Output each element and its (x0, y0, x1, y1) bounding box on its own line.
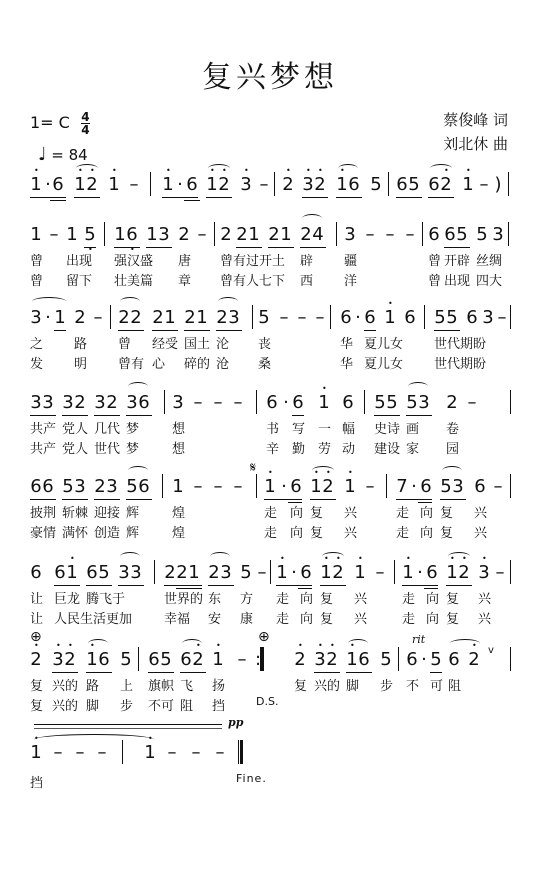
lyrics-verse-1: 曾 出现 强汉盛 唐 曾有过开土 辟 疆 曾 开辟 丝绸 (30, 250, 510, 270)
lyricist: 蔡俊峰 词 (443, 108, 508, 132)
lyrics-verse-2: 发 明 曾有 心 碎的 沧 桑 华 夏儿女 世代期盼 (30, 353, 510, 373)
lyrics-verse-1: 之 路 曾 经受 国土 沦 丧 华 夏儿女 世代期盼 (30, 333, 510, 353)
lyrics-verse-2: 复 兴的 脚 步 不可 阻 挡 D.S. (30, 695, 510, 715)
fine-marking: Fine. (236, 772, 267, 785)
notation-line: 1• ––– 1• ––– (30, 738, 510, 768)
tempo-marking: ♩ = 84 (38, 144, 88, 165)
dynamic-pp: pp (228, 716, 243, 729)
quarter-note-icon: ♩ (38, 144, 47, 165)
score-system-3: 3·1 2– 22 21 21 23 5––– 6·6 1• 6 55 63– … (30, 303, 510, 373)
score-system-5: 66 53 23 56 1––– 𝄋 1• ·6 1• 2• 1• – 7·6 … (30, 472, 510, 542)
time-signature: 4 4 (81, 112, 90, 135)
lyrics-verse-2: 让 人民生活更加 幸福 安 康 走 向 复 兴 走 向 复 兴 (30, 608, 510, 628)
credits: 蔡俊峰 词 刘北休 曲 (443, 108, 508, 156)
ds-marking: D.S. (256, 695, 278, 708)
breath-mark-icon: v (488, 645, 494, 656)
key-signature: 1= C 4 4 (30, 112, 90, 135)
tempo-value: = 84 (51, 146, 87, 164)
lyrics-verse-1: 共产 党人 几代 梦 想 书 写 一 幅 史诗 画 卷 (30, 418, 510, 438)
lyrics-verse-1: 复 兴的 路 上 旗帜 飞 扬 复 兴的 脚 步 不 可 阻 (30, 675, 510, 695)
composer: 刘北休 曲 (443, 132, 508, 156)
lyrics-verse-1: 披荆 斩棘 迎接 辉 煌 走 向 复 兴 走 向 复 兴 (30, 502, 510, 522)
score-system-8: pp 1• ––– 1• ––– 挡 Fine. (30, 738, 510, 792)
lyrics-verse-1: 挡 Fine. (30, 772, 510, 792)
coda-icon: ⊕ (258, 629, 270, 645)
notation-line: 1• ·6 1• 2• 1• – 1• ·6 1• 2• 3• – 2• 3• … (30, 170, 510, 200)
score-system-2: 1– 15• 16• 13 2– 2 21 21 24 3––– 6 65 53… (30, 220, 510, 290)
score-system-7: ⊕ 2• 3• 2• 1• 6 5 65 62• 1• – : ⊕ 2• 3• … (30, 645, 510, 715)
score-system-4: 33 32 32 36 3––– 6·6 1• 6 55 53 2– 共产 党人… (30, 388, 510, 458)
notation-line: 3·1 2– 22 21 21 23 5––– 6·6 1• 6 55 63– (30, 303, 510, 333)
notation-line: 33 32 32 36 3––– 6·6 1• 6 55 53 2– (30, 388, 510, 418)
rit-marking: rit (412, 633, 425, 646)
notation-line: ⊕ 2• 3• 2• 1• 6 5 65 62• 1• – : ⊕ 2• 3• … (30, 645, 510, 675)
key-label: 1= C (30, 113, 70, 132)
lyrics-verse-2: 曾 留下 壮美篇 章 曾有人七下 西 洋 曾 出现 四大 (30, 270, 510, 290)
lyrics-verse-1: 让 巨龙 腾飞于 世界的 东 方 走 向 复 兴 走 向 复 兴 (30, 588, 510, 608)
decrescendo-line (34, 724, 222, 729)
time-signature-top: 4 (81, 110, 89, 124)
notation-line: 1– 15• 16• 13 2– 2 21 21 24 3––– 6 65 53 (30, 220, 510, 250)
notation-line: 66 53 23 56 1––– 𝄋 1• ·6 1• 2• 1• – 7·6 … (30, 472, 510, 502)
score-system-6: 6 61• 65 33 221 23 5– 1• ·6 1• 2• 1• – 1… (30, 558, 510, 628)
score-system-1: 1• ·6 1• 2• 1• – 1• ·6 1• 2• 3• – 2• 3• … (30, 170, 510, 200)
lyrics-verse-2: 共产 党人 世代 梦 想 辛 勤 劳 动 建设 家 园 (30, 438, 510, 458)
lyrics-verse-2: 豪情 满怀 创造 辉 煌 走 向 复 兴 走 向 复 兴 (30, 522, 510, 542)
time-signature-bottom: 4 (81, 123, 89, 137)
song-title: 复兴梦想 (0, 52, 540, 96)
notation-line: 6 61• 65 33 221 23 5– 1• ·6 1• 2• 1• – 1… (30, 558, 510, 588)
